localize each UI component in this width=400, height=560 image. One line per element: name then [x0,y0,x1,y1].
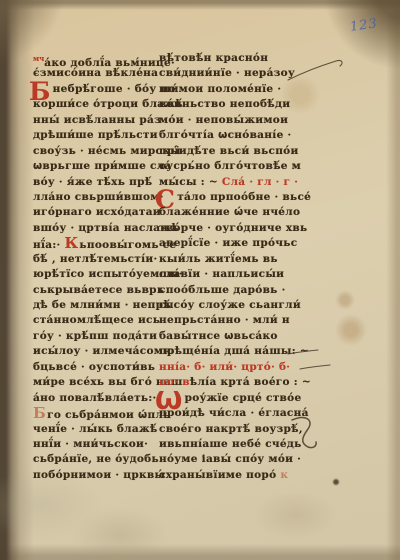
text-line: дрѣши́ше прѣ́льсти [33,128,165,143]
text-line: ченї́е · лы́кь блажѣ́ [33,422,165,437]
body-text: ськрыва́етесе вьврь [33,284,164,296]
rubric-text: С [155,194,175,206]
text-line: є́змисо́ина вѣ́кле́на [33,66,165,81]
text-column-left: мча́ко доблї́а вьм́нице·є́змисо́ина вѣ́к… [33,51,165,483]
rubric-text: Ѡ [155,395,183,407]
body-text: схраны́вїиме поро́ [159,469,276,481]
body-text: а́но повалѣ́вла́еть:· [33,392,156,404]
body-text: непрьста́нно · мли́ н [159,314,290,326]
text-line: сви́днии́нїе · нера́зоу [159,66,300,81]
body-text: прїидѣ́те вьси́ вьспо́и [159,145,299,157]
text-line: бѣ́ , нетлѣ́темьсті́и· [33,252,165,267]
body-text: иго́рнаго исхо́датаи [33,206,161,218]
text-line: вѣ́товѣ́н красно́н [159,51,300,66]
body-text: ши́мои поломе́нїе · [159,83,281,95]
body-text: го́у · крѣ́пш пода́ти [33,330,157,342]
text-line: спсо́у слоу́же сьангли́ [159,298,300,313]
body-text: блаже́нние ѡ́че нче́ло [159,206,300,218]
body-text: вѣ́товѣ́н красно́н [159,52,268,64]
text-line: блаже́нние ѡ́че нче́ло [159,205,300,220]
text-line: юрѣ́тїсо испыто́уемлш· [33,267,165,282]
rubric-text: Б [33,404,46,422]
text-line: свое́го накртѣ́ воузрѣ́, [159,422,300,437]
text-line: своу́зь · не́смь мирскы́ [33,144,165,159]
body-text: блго́чті́а ѡсно́вані́е · [159,129,291,141]
body-text: бцьвсе́ · оуспоти́вь [33,361,155,373]
text-line: лла́но свьрши́вшом· [33,190,165,205]
body-text: во́иньство непобѣ́ди [159,98,290,110]
text-line: Бнебрѣ́гоше · бо́у по [33,82,165,97]
body-text: ста́нномлѣ́щесе ись [33,314,160,326]
text-line: ннї́и · мни́чьскои· [33,437,165,452]
rubric-text: мч [33,54,44,63]
body-text: побо́рнимои · црквы́ [33,469,165,481]
text-line: споо́бльше даро́вь · [159,283,300,298]
text-line: иго́рнаго исхо́датаи [33,205,165,220]
body-text: споо́бльше даро́вь · [159,284,286,296]
body-text: го сьбра́нмои ѡ́пль [47,409,170,421]
text-line: во́иньство непобѣ́ди [159,97,300,112]
body-text: спсо́у слоу́же сьангли́ [159,299,301,311]
text-line: во́у · я́же тѣ́хь прѣ́ [33,175,165,190]
body-text: лла́но свьрши́вшом· [33,191,164,203]
body-text: бавы́тнсе ѡвьса́ко [159,330,278,342]
text-line: нї́а:· Кьпоовы́гомь се [33,236,165,251]
text-line: оусрь́но блго́чтовѣ́е м [159,159,300,174]
text-line: прои́дѣ чи́сла · е́гласна́ [159,406,300,421]
text-line: но́уме іавы́ спо́у мо́и · [159,452,300,467]
text-line: ста́нномлѣ́щесе ись [33,313,165,328]
text-line: ѡврьгше при́мше сла́ [33,159,165,174]
text-line: нны́ исвѣ́ланны ра́з [33,113,165,128]
body-text: нны́ исвѣ́ланны ра́з [33,114,161,126]
text-line: тво́рче · оуго́дниче хвь [159,221,300,236]
text-line: вшо́у · цртві́а наслажѣ [33,221,165,236]
text-line: непрьста́нно · мли́ н [159,313,300,328]
body-text: нї́а:· [33,239,64,251]
text-line: блго́чті́а ѡсно́вані́е · [159,128,300,143]
body-text: ѡврьгше при́мше сла́ [33,160,172,172]
margin-flourish-rubric-dash [300,365,330,369]
body-text: бѣ́ , нетлѣ́темьсті́и· [33,253,157,265]
body-text: сьбра́нїе, не о́удобь [33,453,159,465]
text-line: ивьпні́аше небе́ сче́дь [159,437,300,452]
text-line: кыи́ль житї́емь вь [159,252,300,267]
manuscript-photo: 123 мча́ко доблї́а вьм́нице·є́змисо́ина … [0,0,400,560]
text-line: бцьвсе́ · оуспоти́вь [33,360,165,375]
text-column-right: вѣ́товѣ́н красно́нсви́днии́нїе · нера́зо… [159,51,300,483]
rubric-text: Б [29,86,51,98]
text-line: нні́а· б· или́· црто́· б· [159,360,300,375]
text-line: бавы́тнсе ѡвьса́ко [159,329,300,344]
text-line: мо́и · неповы́жимои [159,113,300,128]
body-text: исы́лоу · илмеча́сомю [33,345,174,357]
body-text: кыи́ль житї́емь вь [159,253,278,265]
text-line: мча́ко доблї́а вьм́нице· [33,51,165,66]
text-line: исы́лоу · илмеча́сомю [33,344,165,359]
text-line: корши́се о́троци блажѣ́ [33,97,165,112]
text-line: Ста́ло прпоо́бне · вьсе́ [159,190,300,205]
text-line: аверї́сїе · иже про́чьс [159,236,300,251]
text-line: прїидѣ́те вьси́ вьспо́и [159,144,300,159]
body-text: є́змисо́ина вѣ́кле́на [33,67,158,79]
rubric-text: к [276,469,288,481]
body-text: но́уме іавы́ спо́у мо́и · [159,453,301,465]
manuscript-page: 123 мча́ко доблї́а вьм́нице·є́змисо́ина … [0,0,400,560]
text-line: мы́сы : ~ Сла́ · гл · г · [159,175,300,190]
text-line: а́но повалѣ́вла́еть:· [33,391,165,406]
body-text: дрѣши́ше прѣ́льсти [33,129,158,141]
rubric-text: Сла́ · гл · г · [222,176,298,188]
body-text: прои́дѣ чи́сла · е́гласна́ [159,407,309,419]
body-text: оусрь́но блго́чтовѣ́е м [159,160,301,172]
body-text: небрѣ́гоше · бо́у по [53,83,176,95]
body-text: роу́жїе срце́ ство́е [185,392,302,404]
rubric-text: К [64,234,78,252]
text-line: Ѡроу́жїе срце́ ство́е [159,391,300,406]
body-text: сви́днии́нїе · нера́зоу [159,67,295,79]
body-text: во́у · я́же тѣ́хь прѣ́ [33,176,152,188]
body-text: тво́рче · оуго́дниче хвь [159,222,307,234]
body-text: ченї́е · лы́кь блажѣ́ [33,423,158,435]
text-line: го́у · крѣ́пш пода́ти [33,329,165,344]
body-text: прѣще́ні́а дша́ на́шы: ~ [159,345,309,357]
body-text: свое́го накртѣ́ воузрѣ́, [159,423,303,435]
page-number: 123 [349,16,379,35]
body-text: ѣлі́а крта́ вое́го : ~ [190,376,311,388]
text-line: прѣще́ні́а дша́ на́шы: ~ [159,344,300,359]
body-text: аверї́сїе · иже про́чьс [159,237,297,249]
text-line: побо́рнимои · црквы́ [33,468,165,483]
text-line: ми́ре все́хь вы бго́ наш [33,375,165,390]
text-line: сла́вїи · напльисы́и [159,267,300,282]
rubric-text: нні́а· б· или́· црто́· б· [159,361,290,373]
body-text: ннї́и · мни́чьскои· [33,438,148,450]
text-line: ськрыва́етесе вьврь [33,283,165,298]
body-text: ивьпні́аше небе́ сче́дь [159,438,302,450]
body-text: дѣ бе млни́мн · непрѣ́ [33,299,171,311]
text-line: Бго сьбра́нмои ѡ́пль [33,406,165,421]
text-line: дѣ бе млни́мн · непрѣ́ [33,298,165,313]
body-text: мо́и · неповы́жимои [159,114,288,126]
text-line: схраны́вїиме поро́ к [159,468,300,483]
body-text: сла́вїи · напльисы́и [159,268,284,280]
text-line: сьбра́нїе, не о́удобь [33,452,165,467]
body-text: та́ло прпоо́бне · вьсе́ [177,191,311,203]
text-line: ши́мои поломе́нїе · [159,82,300,97]
body-text: вшо́у · цртві́а наслажѣ [33,222,179,234]
